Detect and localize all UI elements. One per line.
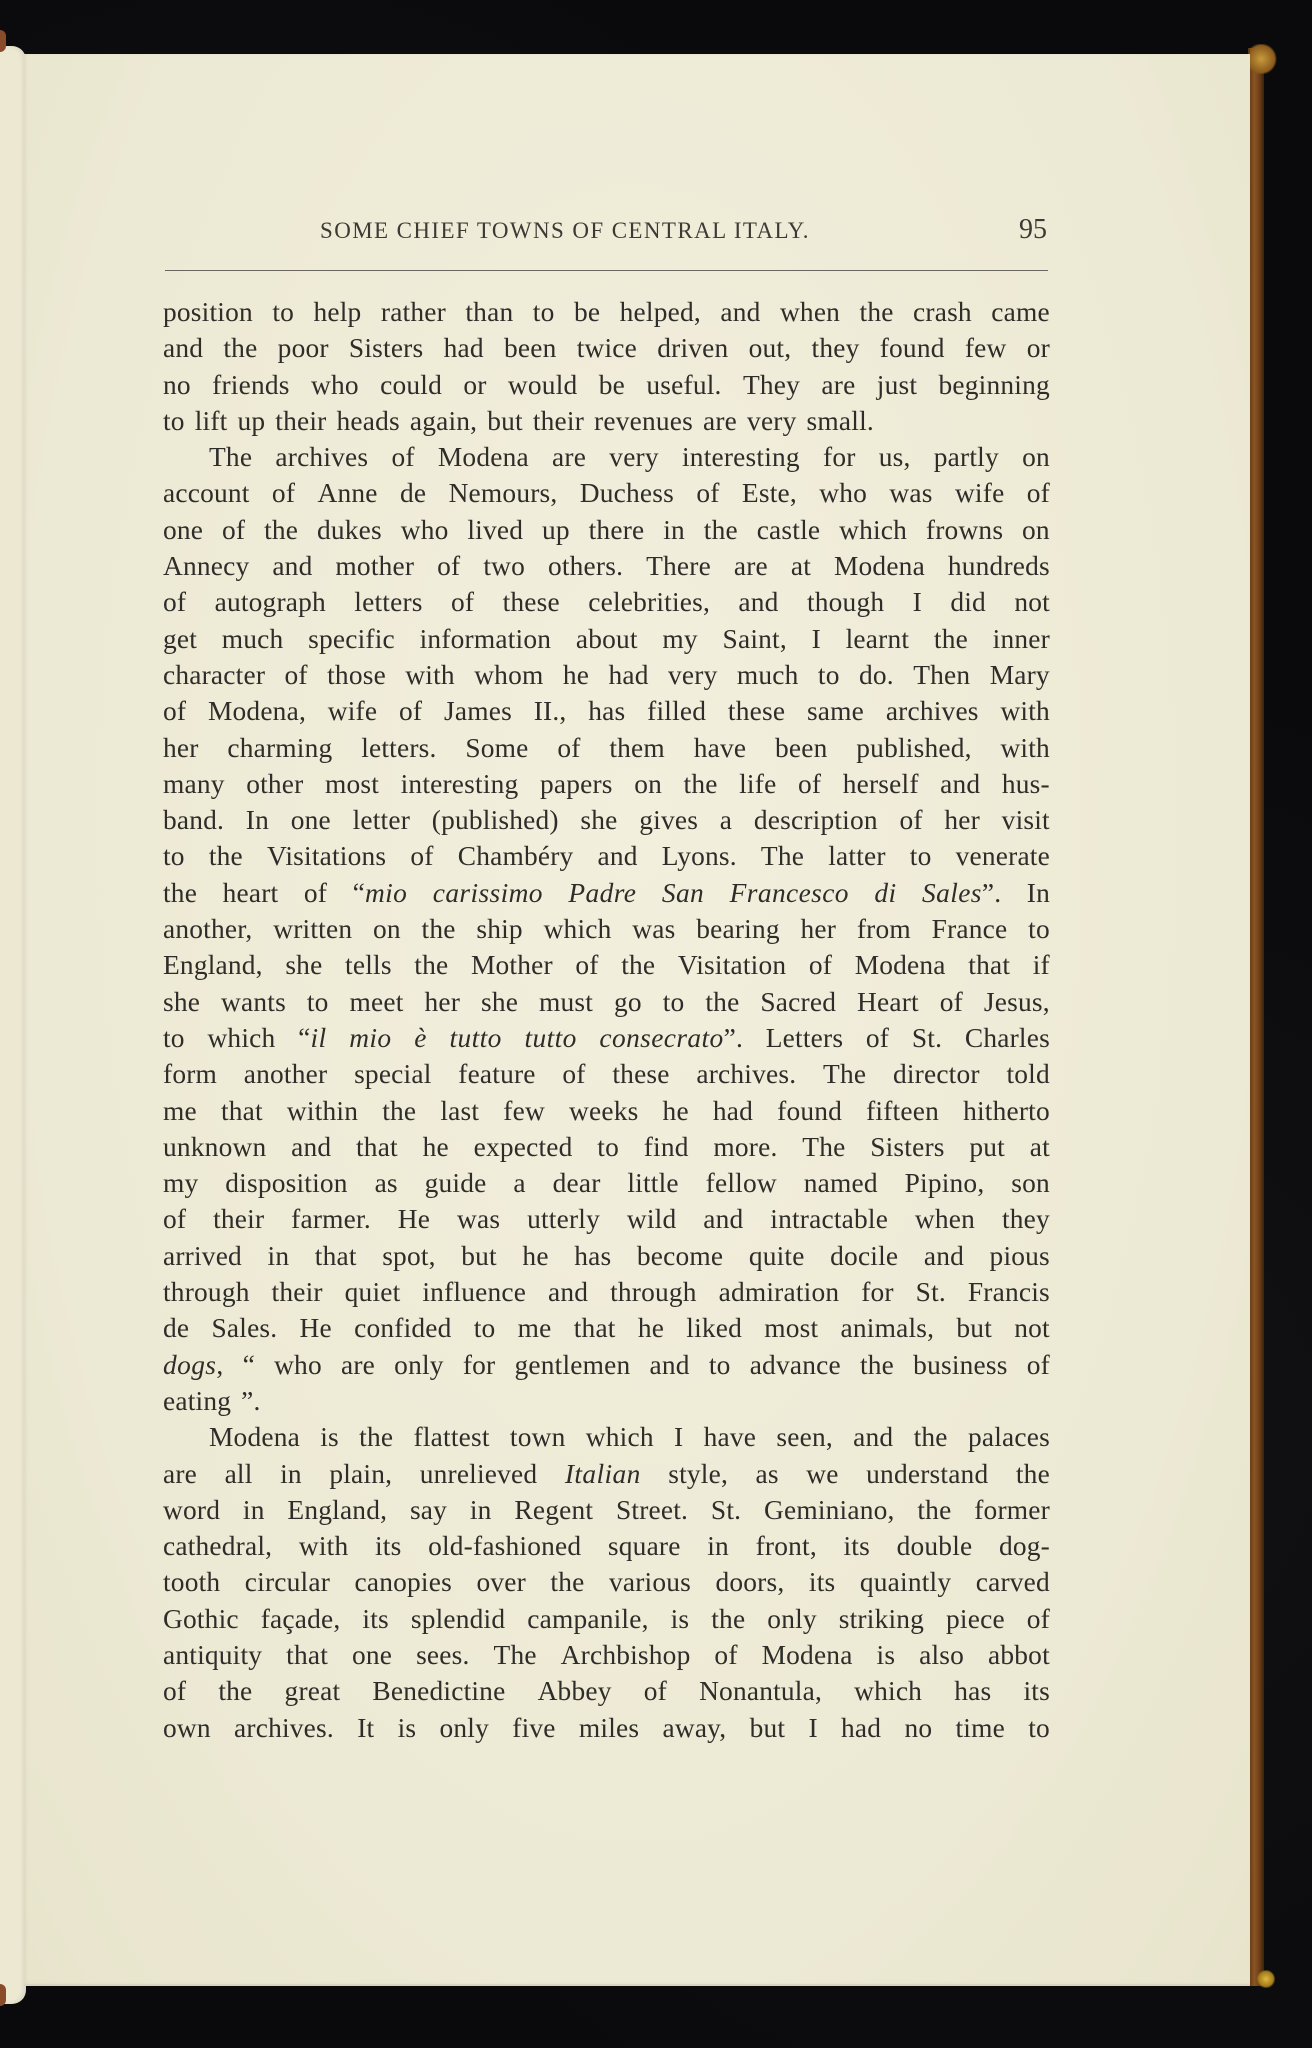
word: former (974, 1492, 1050, 1528)
text-line: shewantstomeethershemustgototheSacredHea… (163, 984, 1050, 1020)
word: could (380, 367, 442, 403)
word: be (599, 367, 625, 403)
word: letters. (361, 730, 436, 766)
italic-text: mio (365, 878, 407, 908)
word: understand (866, 1456, 988, 1492)
word: Charles (965, 1020, 1050, 1056)
word: last (440, 1093, 479, 1129)
word: the (704, 512, 738, 548)
text-line: towhich“ilmioètuttotuttoconsecrato”.Lett… (163, 1020, 1050, 1056)
word: and (163, 330, 203, 366)
word: of (437, 548, 460, 584)
word: do. (859, 657, 894, 693)
word: the (684, 766, 718, 802)
italic-text: dogs (163, 1350, 216, 1380)
word: canopies (355, 1564, 452, 1600)
word: He (300, 1310, 332, 1346)
word: also (919, 1637, 964, 1673)
word: and (650, 1347, 690, 1383)
word: St. (912, 1020, 942, 1056)
word: disposition (225, 1165, 347, 1201)
word: venerate (956, 838, 1050, 874)
word: Modena (834, 548, 925, 584)
word: autograph (215, 584, 326, 620)
word: I (812, 621, 821, 657)
word: intractable (770, 1201, 888, 1237)
word: Francis (968, 1274, 1050, 1310)
word: heart (223, 875, 279, 911)
word: at (1030, 1129, 1050, 1165)
word: The (494, 1637, 537, 1673)
word: castle (757, 512, 821, 548)
word: say (410, 1492, 447, 1528)
word: The (823, 1056, 866, 1092)
word: Abbey (538, 1673, 612, 1709)
word: have (704, 1419, 757, 1455)
word: double (897, 1528, 973, 1564)
word: to (818, 657, 840, 693)
word: and (940, 766, 980, 802)
text-line: Gothicfaçade,itssplendidcampanile,istheo… (163, 1601, 1050, 1637)
page-number: 95 (1019, 214, 1047, 246)
word: two (483, 548, 525, 584)
word: they (1002, 1201, 1050, 1237)
italic-text: tutto (524, 1023, 576, 1053)
word: James (444, 693, 512, 729)
word: if (1033, 947, 1050, 983)
cover-corner-top-left (0, 30, 6, 52)
word: piece (946, 1601, 1005, 1637)
italic-text: Sales (922, 878, 982, 908)
word: when (780, 294, 840, 330)
word: and (720, 294, 760, 330)
word: in (243, 1492, 265, 1528)
word: be (574, 294, 600, 330)
word: I (913, 584, 922, 620)
word: of (222, 512, 245, 548)
text-line: deSales.Heconfidedtomethathelikedmostani… (163, 1310, 1050, 1346)
word: de (400, 475, 426, 511)
word: as (375, 1165, 398, 1201)
word: style, (668, 1456, 728, 1492)
word: found (880, 330, 945, 366)
word: to (163, 403, 185, 439)
italic-text: San (662, 878, 704, 908)
word: us, (879, 439, 911, 475)
text-line: nofriendswhocouldorwouldbeuseful.Theyare… (163, 367, 1050, 403)
word: helped, (620, 294, 701, 330)
word: Modena (762, 1637, 853, 1673)
word: and (853, 1419, 893, 1455)
text-line: ModenaistheflattesttownwhichIhaveseen,an… (163, 1419, 1050, 1455)
word: He (398, 1201, 430, 1237)
word: utterly (527, 1201, 600, 1237)
word: those (327, 657, 386, 693)
word: have (694, 730, 747, 766)
word: Pipino, (905, 1165, 985, 1201)
text-line: oftheirfarmer.Hewasutterlywildandintract… (163, 1201, 1050, 1237)
word: tutto (524, 1020, 576, 1056)
text-line: mydispositionasguideadearlittlefellownam… (163, 1165, 1050, 1201)
word: visit (1002, 802, 1050, 838)
word: and (548, 1274, 588, 1310)
word: quaintly (860, 1564, 951, 1600)
word: and (703, 1201, 743, 1237)
word: is (320, 1419, 339, 1455)
word: liked (686, 1310, 742, 1346)
word: celebrities, (588, 584, 710, 620)
word: own (163, 1710, 211, 1746)
word: friends (212, 367, 289, 403)
word: through (610, 1274, 697, 1310)
book-spine-edge (1248, 48, 1264, 1986)
word: gentlemen (515, 1347, 631, 1383)
word: hundreds (948, 548, 1050, 584)
word: not (1014, 1310, 1050, 1346)
word: are (552, 439, 586, 475)
word: Padre (568, 875, 636, 911)
word: Then (913, 657, 970, 693)
word: Modena, (208, 693, 306, 729)
word: she (580, 802, 617, 838)
text-line: ofautographlettersofthesecelebrities,and… (163, 584, 1050, 620)
word: In (246, 802, 269, 838)
word: Duchess (580, 475, 674, 511)
word: various (609, 1564, 691, 1600)
word: me (163, 1093, 197, 1129)
word: old-fashioned (428, 1528, 581, 1564)
text-line: England,shetellstheMotheroftheVisitation… (163, 947, 1050, 983)
word: to (307, 984, 329, 1020)
word: of (575, 947, 598, 983)
spine-tailcap (1256, 1970, 1276, 1988)
word: quiet (345, 1274, 401, 1310)
word: other (246, 766, 303, 802)
word: wife (328, 693, 377, 729)
word: but (487, 403, 523, 439)
word: Annecy (163, 548, 249, 584)
word: of (1027, 1347, 1050, 1383)
word: or (1027, 330, 1050, 366)
text-line: theheartof“miocarissimoPadreSanFrancesco… (163, 875, 1050, 911)
word: partly (934, 439, 999, 475)
word: through (163, 1274, 250, 1310)
word: the (860, 1347, 894, 1383)
word: same (807, 693, 864, 729)
word: façade, (261, 1601, 341, 1637)
word: the (382, 1093, 416, 1129)
word: of (899, 802, 922, 838)
word: docile (830, 1238, 898, 1274)
word: antiquity (163, 1637, 262, 1673)
word: their (272, 1274, 323, 1310)
word: to (709, 1347, 731, 1383)
word: are (703, 403, 737, 439)
word: tooth (163, 1564, 220, 1600)
word: the (1016, 1456, 1050, 1492)
word: to (1028, 911, 1050, 947)
word: seen, (776, 1419, 833, 1455)
word: front, (756, 1528, 817, 1564)
word: of (163, 584, 186, 620)
word: a (513, 1165, 525, 1201)
word: Nonantula, (699, 1673, 822, 1709)
word: Italian (565, 1456, 641, 1492)
word: archives (275, 439, 368, 475)
word: of (451, 584, 474, 620)
word: of (272, 475, 295, 511)
word: he (522, 1238, 548, 1274)
word: fellow (706, 1165, 777, 1201)
word: the (711, 1601, 745, 1637)
word: that (286, 1637, 328, 1673)
word: the (218, 1673, 252, 1709)
text-line: andthepoorSistershadbeentwicedrivenout,t… (163, 330, 1050, 366)
word: striking (839, 1601, 924, 1637)
word: of (1027, 475, 1050, 511)
text-line: another,writtenontheshipwhichwasbearingh… (163, 911, 1050, 947)
word: France (932, 911, 1008, 947)
word: weeks (569, 1093, 638, 1129)
word: driven (657, 330, 728, 366)
word: must (539, 984, 593, 1020)
word: the (422, 911, 456, 947)
header-rule (165, 270, 1048, 271)
word: Nemours, (449, 475, 558, 511)
word: which (544, 911, 612, 947)
word: only (440, 1710, 490, 1746)
word: are (821, 367, 855, 403)
word: form (163, 1056, 217, 1092)
text-line: areallinplain,unrelievedItalianstyle,asw… (163, 1456, 1050, 1492)
word: latter (828, 838, 885, 874)
facing-page-edge (0, 46, 26, 2004)
word: the (621, 947, 655, 983)
word: that (356, 1129, 398, 1165)
word: the (914, 1419, 948, 1455)
text-line: hercharmingletters.Someofthemhavebeenpub… (163, 730, 1050, 766)
word: to (533, 294, 555, 330)
word: of (644, 1673, 667, 1709)
word: whom (474, 657, 543, 693)
word: useful. (646, 367, 721, 403)
word: for (463, 1347, 496, 1383)
word: of (562, 1056, 585, 1092)
word: found (777, 1093, 842, 1129)
word: The (761, 838, 804, 874)
word: archives. (696, 1056, 796, 1092)
word: to (474, 1310, 496, 1346)
word: arrived (163, 1238, 242, 1274)
word: though (807, 584, 884, 620)
word: which (586, 1419, 654, 1455)
word: of (809, 947, 832, 983)
word: her (801, 911, 837, 947)
word: than (465, 294, 513, 330)
word: ship (476, 911, 522, 947)
word: these (612, 1056, 669, 1092)
word: away, (662, 1710, 726, 1746)
word: to (597, 1129, 619, 1165)
word: letter (353, 802, 410, 838)
word: she (481, 984, 518, 1020)
word: another, (163, 911, 252, 947)
word: learnt (846, 621, 910, 657)
word: much (222, 621, 284, 657)
word: that (221, 1093, 263, 1129)
word: There (646, 548, 711, 584)
word: time (955, 1710, 1004, 1746)
word: of (696, 475, 719, 511)
cover-corner-bottom-left (0, 1984, 6, 2006)
word: lift (195, 403, 228, 439)
word: who (274, 1347, 322, 1383)
word: frowns (926, 512, 1003, 548)
word: Gothic (163, 1601, 239, 1637)
word: its (844, 1528, 870, 1564)
word: that (968, 947, 1010, 983)
word: its (1023, 1673, 1049, 1709)
text-line: arrivedinthatspot,buthehasbecomequitedoc… (163, 1238, 1050, 1274)
word: he (663, 1093, 689, 1129)
word: me (518, 1310, 552, 1346)
word: Anne (317, 475, 377, 511)
word: dog- (999, 1528, 1050, 1564)
word: on (1022, 439, 1050, 475)
word: of (163, 693, 186, 729)
word: I (808, 1710, 817, 1746)
word: are (734, 548, 768, 584)
text-line: positiontohelpratherthantobehelped,andwh… (163, 294, 1050, 330)
word: with (299, 1528, 349, 1564)
word: Benedictine (372, 1673, 505, 1709)
word: she (163, 984, 200, 1020)
word: St. (916, 1274, 946, 1310)
word: plain, (329, 1456, 392, 1492)
word: Modena (438, 439, 529, 475)
word: very (668, 657, 717, 693)
word: cathedral, (163, 1528, 272, 1564)
word: in (470, 1492, 492, 1528)
text-line: ofModena,wifeofJamesII.,hasfilledthesesa… (163, 693, 1050, 729)
italic-text: tutto (450, 1023, 502, 1053)
word: he (638, 1310, 664, 1346)
word: most (325, 766, 379, 802)
word: become (637, 1238, 723, 1274)
word: named (804, 1165, 878, 1201)
word: Modena (209, 1419, 300, 1455)
italic-text: Francesco (730, 878, 849, 908)
word: who (401, 512, 449, 548)
word: Sisters (870, 1129, 944, 1165)
word: been (775, 730, 828, 766)
word: over (476, 1564, 525, 1600)
word: my (163, 1165, 198, 1201)
text-line: unknownandthatheexpectedtofindmore.TheSi… (163, 1129, 1050, 1165)
word: consecrato”. (599, 1020, 743, 1056)
word: Sacred (760, 984, 836, 1020)
running-head-title: SOME CHIEF TOWNS OF CENTRAL ITALY. (320, 218, 810, 244)
word: out, (749, 330, 792, 366)
word: which (854, 1673, 922, 1709)
word: the (414, 947, 448, 983)
text-line: oneofthedukeswholivedupthereinthecastlew… (163, 512, 1050, 548)
word: animals, (841, 1310, 935, 1346)
word: with (405, 657, 455, 693)
text-line: cathedral,withitsold-fashionedsquareinfr… (163, 1528, 1050, 1564)
word: had (608, 657, 648, 693)
word: confided (354, 1310, 451, 1346)
word: they (812, 330, 860, 366)
word: most (764, 1310, 818, 1346)
word: account (163, 475, 250, 511)
word: with (1000, 730, 1050, 766)
word: the (860, 294, 894, 330)
word: information (420, 621, 552, 657)
word: interesting (682, 439, 800, 475)
word: on (634, 766, 662, 802)
word: find (644, 1129, 689, 1165)
word: and (272, 548, 312, 584)
word: its (375, 1528, 401, 1564)
italic-text: mio (349, 1023, 391, 1053)
word: The (209, 439, 252, 475)
word: Some (465, 730, 528, 766)
word: ”. (241, 1383, 260, 1419)
word: In (1027, 875, 1050, 911)
word: of (163, 1673, 186, 1709)
word: special (354, 1056, 431, 1092)
text-line: ownarchives.Itisonlyfivemilesaway,butIha… (163, 1710, 1050, 1746)
word: of (163, 1201, 186, 1237)
word: feature (458, 1056, 535, 1092)
word: life (739, 766, 776, 802)
word: the (264, 512, 298, 548)
word: that (574, 1310, 616, 1346)
word: circular (245, 1564, 330, 1600)
word: of (391, 439, 414, 475)
word: San (662, 875, 704, 911)
italic-text: è (414, 1023, 427, 1053)
word: which (839, 512, 907, 548)
word: rather (381, 294, 446, 330)
word: meet (350, 984, 404, 1020)
word: not (1014, 584, 1050, 620)
word: to (163, 1020, 185, 1056)
word: band. (163, 802, 224, 838)
text-line: manyothermostinterestingpapersonthelifeo… (163, 766, 1050, 802)
word: de (163, 1310, 189, 1346)
word: would (508, 367, 577, 403)
word: did (950, 584, 986, 620)
word: letters (354, 584, 422, 620)
word: miles (579, 1710, 639, 1746)
word: another (244, 1056, 328, 1092)
word: has (954, 1673, 991, 1709)
word: hitherto (963, 1093, 1050, 1129)
word: been (504, 330, 557, 366)
word: pious (990, 1238, 1050, 1274)
word: influence (422, 1274, 526, 1310)
word: go (614, 984, 642, 1020)
text-line: toliftuptheirheadsagain,buttheirrevenues… (163, 403, 1050, 439)
text-line: wordinEngland,sayinRegentStreet.St.Gemin… (163, 1492, 1050, 1528)
word: Letters (766, 1020, 843, 1056)
text-line: getmuchspecificinformationaboutmySaint,I… (163, 621, 1050, 657)
word: the (705, 984, 739, 1020)
word: and (924, 1238, 964, 1274)
word: Heart (857, 984, 919, 1020)
